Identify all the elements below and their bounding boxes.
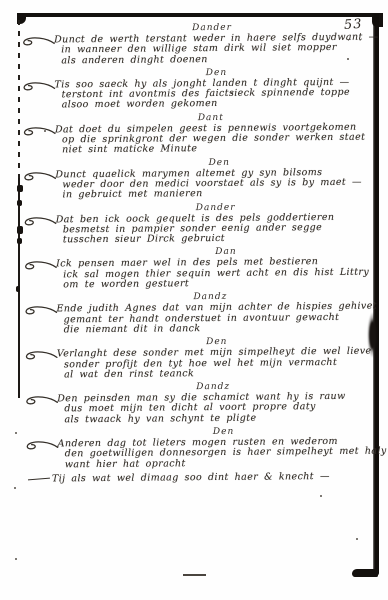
- scan-speckle: [320, 495, 322, 497]
- manuscript-line: om te worden gestuert: [63, 278, 372, 291]
- initial-flourish-icon: [20, 80, 56, 92]
- scan-border-right: [373, 14, 379, 576]
- initial-flourish-icon: [22, 305, 58, 317]
- manuscript-line: want hier hat opracht: [65, 457, 374, 470]
- manuscript-line: in gebruict met manieren: [62, 188, 371, 201]
- manuscript-paragraph: Den peinsden man sy die schamict want hy…: [57, 392, 373, 426]
- manuscript-line: als twaack hy van schynt te pligte: [64, 412, 373, 425]
- ink-blob-left-edge: [17, 185, 23, 192]
- scan-border-top: [17, 13, 383, 17]
- initial-flourish-icon: [23, 394, 59, 406]
- manuscript-line: die niemant dit in danck: [64, 323, 373, 336]
- manuscript-line: al wat den rinst teanck: [64, 367, 373, 380]
- initial-flourish-icon: [22, 215, 58, 227]
- initial-flourish-icon: [21, 170, 57, 182]
- manuscript-paragraph: Tis soo saeck hy als jonght landen t din…: [54, 78, 370, 112]
- manuscript-paragraph: Verlanght dese sonder met mijn simpelhey…: [57, 347, 373, 381]
- manuscript-paragraph: Dat ben ick oock gequelt is des pels god…: [56, 212, 372, 246]
- manuscript-paragraph: Anderen dag tot lieters mogen rusten en …: [58, 437, 374, 471]
- manuscript-line: niet sint maticke Minute: [62, 143, 371, 156]
- manuscript-line: als anderen dinght doenen: [61, 53, 370, 66]
- closing-line: Tij als wat wel dimaag soo dint haer & k…: [52, 471, 374, 485]
- scan-speckle: [14, 487, 16, 489]
- catchword-dash: [183, 574, 206, 576]
- manuscript-line: alsoo moet worden gekomen: [62, 98, 371, 111]
- initial-flourish-icon: [23, 350, 59, 362]
- manuscript-paragraph: Dunct quaelick marymen altemet gy syn bi…: [55, 167, 371, 201]
- initial-flourish-icon: [24, 439, 60, 451]
- initial-flourish-icon: [22, 260, 58, 272]
- manuscript-paragraph: Dunct de werth terstant weder in haere s…: [54, 33, 370, 67]
- manuscript-paragraph: Ick pensen maer wel in des pels met best…: [56, 257, 372, 291]
- scan-speckle: [356, 538, 358, 540]
- manuscript-paragraph: Dat doet du simpelen geest is pennewis v…: [55, 122, 371, 156]
- manuscript-line: tusschen sieur Dirck gebruict: [63, 233, 372, 246]
- scan-speckle: [15, 432, 17, 434]
- manuscript-paragraph: Ende judith Agnes dat van mijn achter de…: [56, 302, 372, 336]
- initial-flourish-icon: [20, 35, 56, 47]
- scan-speckle: [15, 558, 17, 560]
- manuscript-scan: 53 · · DanderDunct de werth terstant wed…: [0, 0, 388, 600]
- ink-blob-left-edge: [16, 286, 20, 292]
- initial-flourish-icon: [21, 125, 57, 137]
- ink-blob-left-edge: [17, 200, 22, 206]
- ink-blob-left-edge: [17, 238, 22, 244]
- scan-border-right-foot: [352, 569, 378, 577]
- manuscript-text: DanderDunct de werth terstant weder in h…: [54, 21, 374, 485]
